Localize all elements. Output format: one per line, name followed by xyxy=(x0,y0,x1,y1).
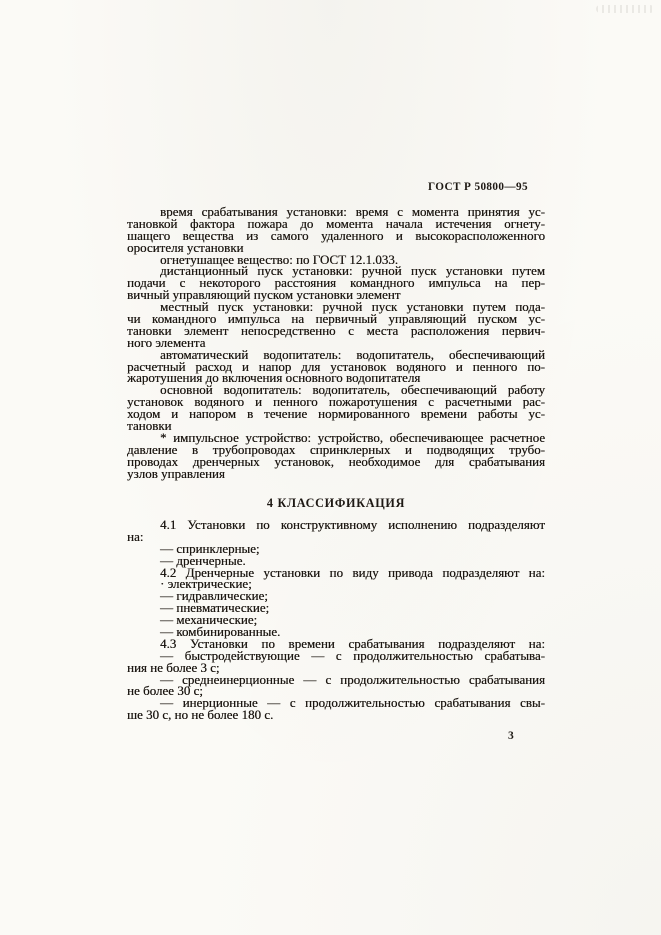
page-number: 3 xyxy=(508,730,514,742)
classification-section: 4 КЛАССИФИКАЦИЯ 4.1 Установки по констру… xyxy=(127,497,545,721)
text-line: 4.1 Установки по конструктивному исполне… xyxy=(127,519,545,531)
section-heading-classification: 4 КЛАССИФИКАЦИЯ xyxy=(127,497,545,509)
text-line: ходом и напором в течение нормированного… xyxy=(127,408,545,420)
list-item: — инерционные — с продолжительностью сра… xyxy=(127,697,545,721)
term-mestny-pusk: местный пуск установки: ручной пуск уста… xyxy=(127,301,545,349)
list-item: — быстродействующие — с продолжительност… xyxy=(127,650,545,674)
term-osnovnoy-vodopitatel: основной водопитатель: водопитатель, обе… xyxy=(127,384,545,432)
clause-4-1: 4.1 Установки по конструктивному исполне… xyxy=(127,519,545,543)
document-page: ГОСТ Р 50800—95 время срабатывания устан… xyxy=(0,0,661,935)
terms-definitions-block: время срабатывания установки: время с мо… xyxy=(127,206,545,479)
classification-clauses: 4.1 Установки по конструктивному исполне… xyxy=(127,519,545,721)
term-impulsnoe-ustroystvo: * импульсное устройство: устройство, обе… xyxy=(127,432,545,480)
list-item: — среднеинерционные — с продолжительност… xyxy=(127,674,545,698)
text-line: ше 30 с, но не более 180 с. xyxy=(127,709,545,721)
running-header-gost-number: ГОСТ Р 50800—95 xyxy=(127,181,528,193)
term-vremya-srabatyvaniya: время срабатывания установки: время с мо… xyxy=(127,206,545,254)
term-avtomaticheskiy-vodopitatel: автоматический водопитатель: водопитател… xyxy=(127,349,545,385)
scan-artifact xyxy=(596,5,654,13)
term-distantsionny-pusk: дистанционный пуск установки: ручной пус… xyxy=(127,265,545,301)
text-line: узлов управления xyxy=(127,468,545,480)
